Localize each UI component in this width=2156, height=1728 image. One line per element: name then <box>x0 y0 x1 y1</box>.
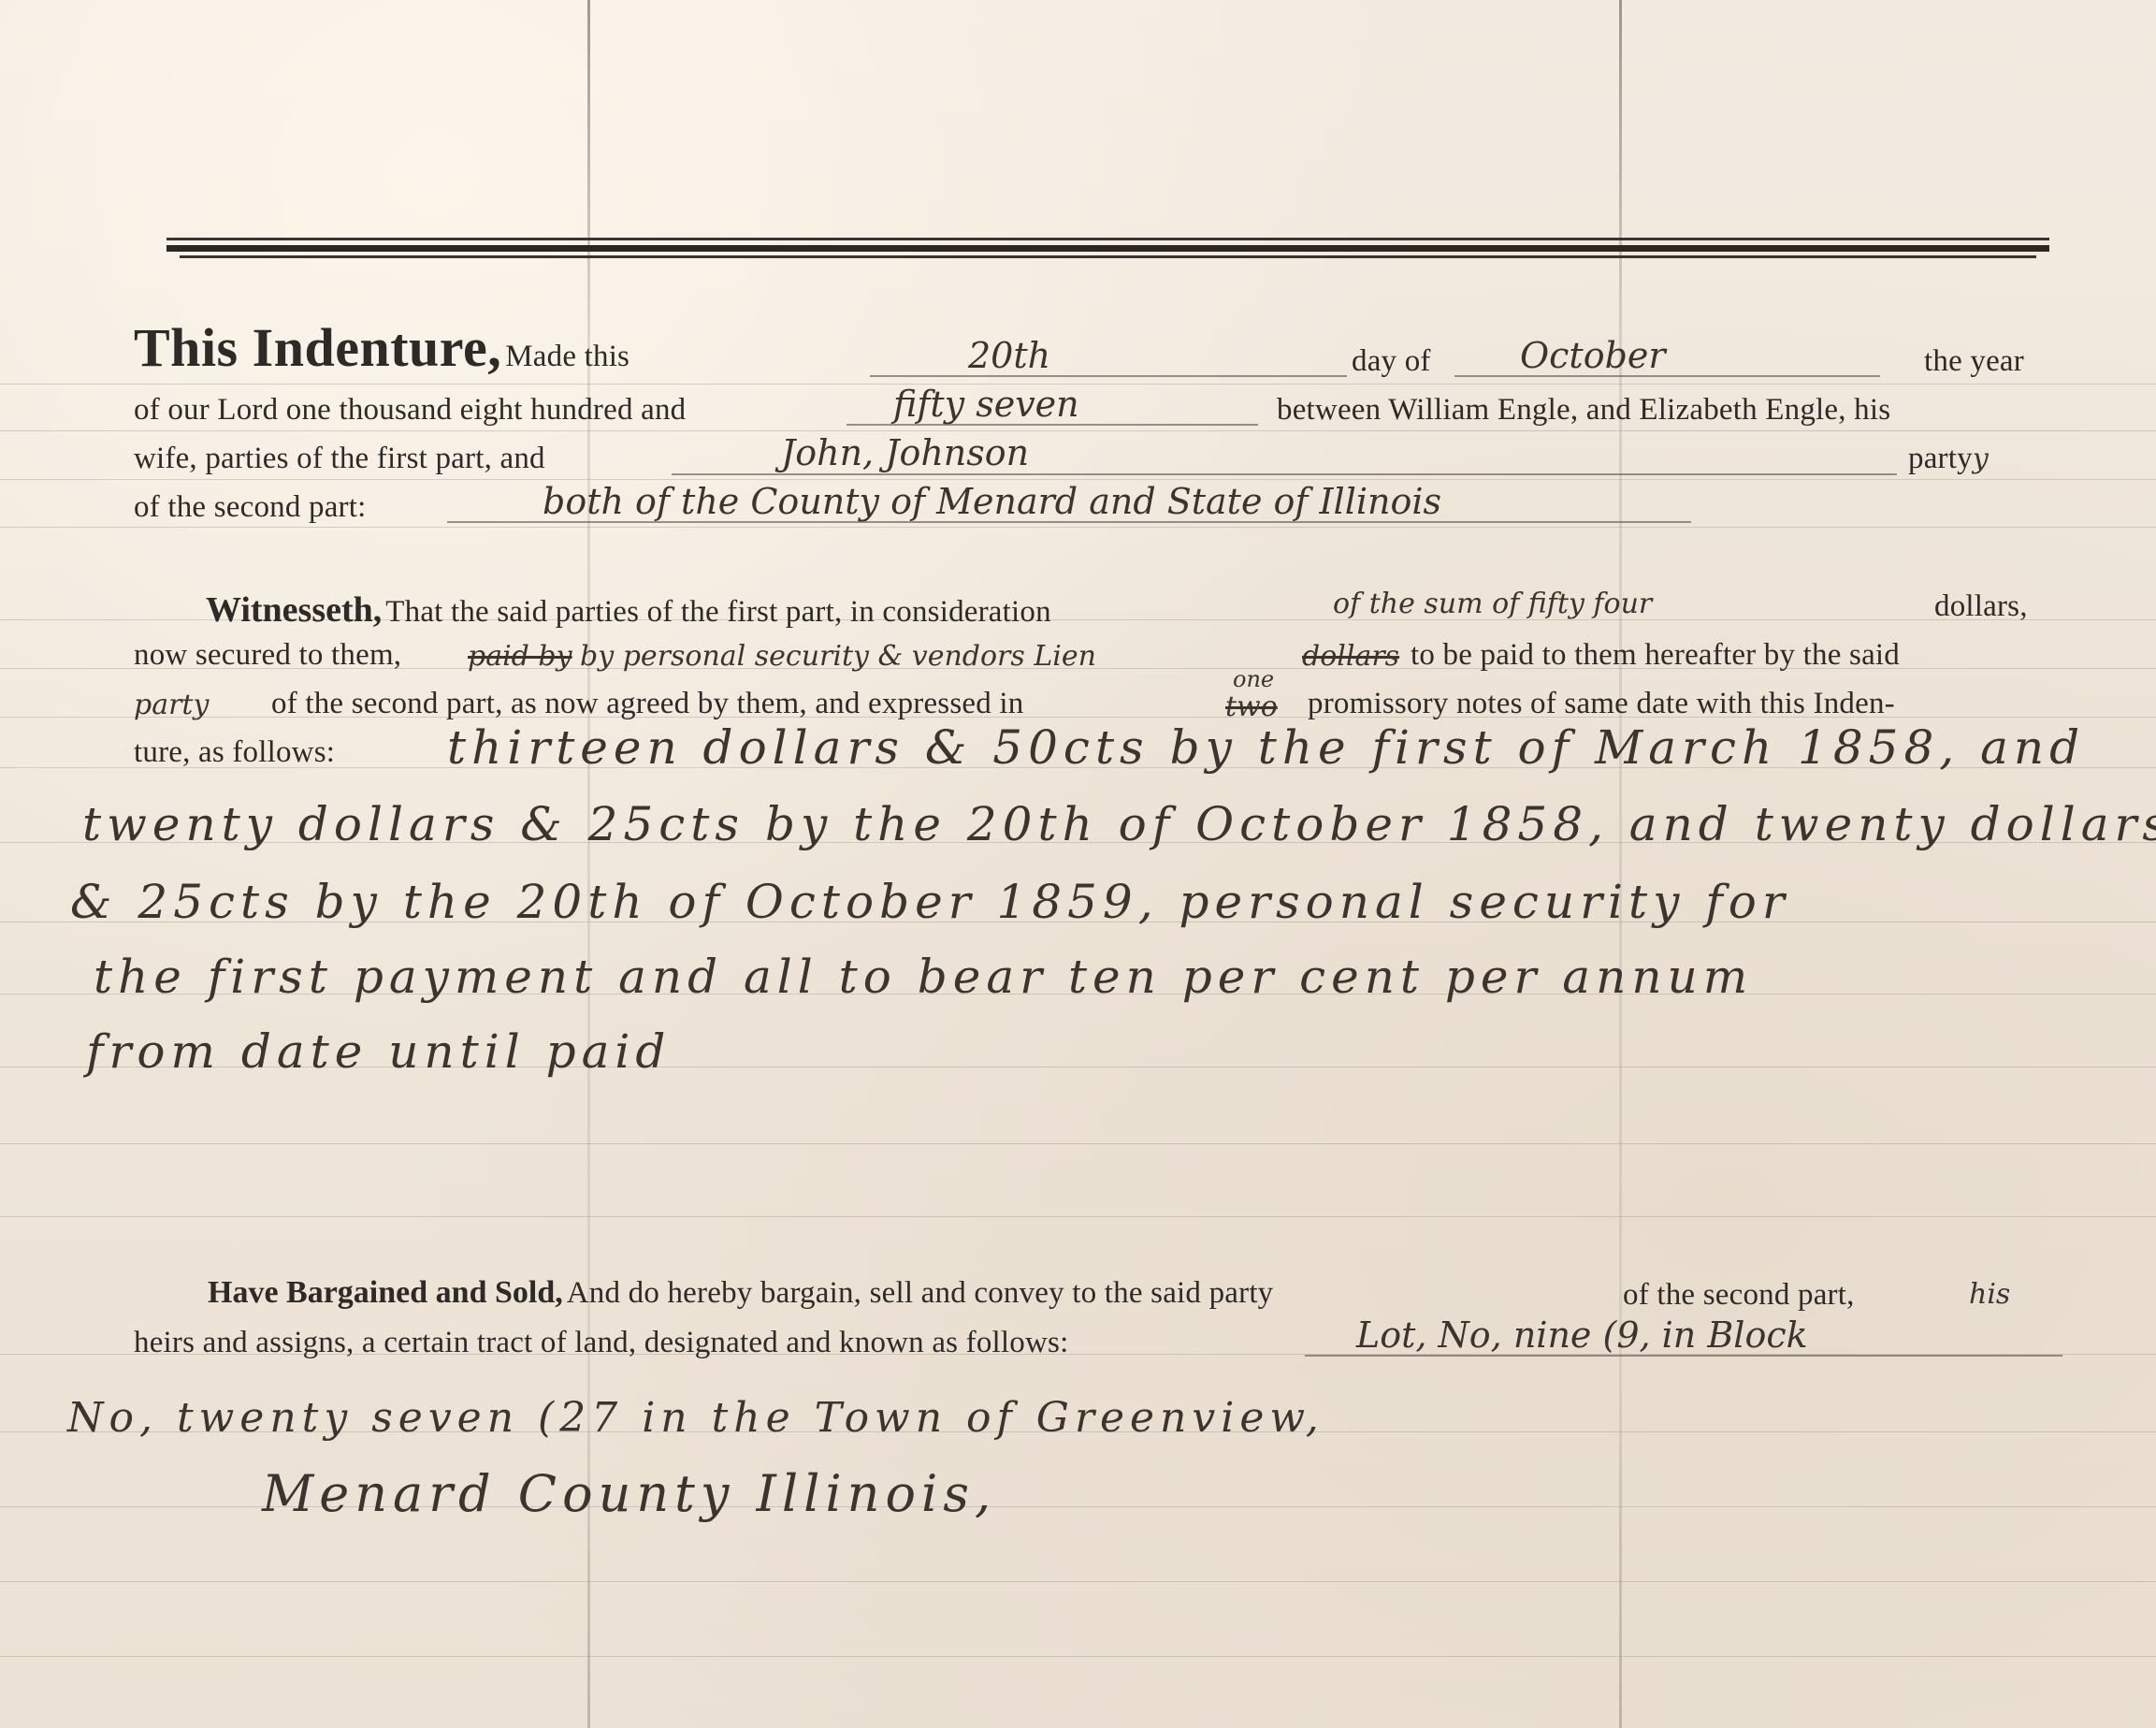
year-value: fifty seven <box>893 384 1079 425</box>
bargained-line-1: Have Bargained and Sold, And do hereby b… <box>208 1275 1273 1311</box>
dollars-label: dollars, <box>1934 589 2028 624</box>
indenture-title: This Indenture, <box>134 317 501 378</box>
terms-line-2: twenty dollars & 25cts by the 20th of Oc… <box>82 797 2156 851</box>
party-label: partyy <box>1908 442 1989 476</box>
terms-line-1: thirteen dollars & 50cts by the first of… <box>447 720 2085 775</box>
struck-text-dollars: dollars <box>1302 640 1399 673</box>
month-blank <box>1454 374 1880 377</box>
made-this-label: Made this <box>505 340 629 373</box>
day-blank <box>870 374 1347 377</box>
ruled-line <box>0 527 2156 528</box>
second-part-label: of the second part: <box>134 490 366 525</box>
day-value: 20th <box>968 335 1050 376</box>
witnesseth-line-1: Witnesseth, That the said parties of the… <box>206 589 1051 631</box>
consideration-value: of the sum of fifty four <box>1333 588 1652 620</box>
one-insert: one <box>1233 666 1274 692</box>
witnesseth-line-2-suffix: to be paid to them hereafter by the said <box>1411 638 1900 673</box>
witnesseth-title: Witnesseth, <box>206 590 382 630</box>
indenture-line-1: This Indenture, Made this <box>134 316 629 379</box>
bargained-line-2: heirs and assigns, a certain tract of la… <box>134 1326 1068 1360</box>
ruled-line <box>0 430 2156 431</box>
the-year-label: the year <box>1924 344 2024 379</box>
bargained-title: Have Bargained and Sold, <box>208 1275 563 1310</box>
ruled-line <box>0 1656 2156 1657</box>
witnesseth-line-4: ture, as follows: <box>134 735 335 770</box>
day-of-label: day of <box>1352 344 1431 379</box>
wife-parties-label: wife, parties of the first part, and <box>134 442 545 476</box>
decorative-header-rule <box>166 238 2049 260</box>
witnesseth-line-2: now secured to them, <box>134 638 401 673</box>
terms-line-4: the first payment and all to bear ten pe… <box>94 950 1753 1004</box>
his-value: his <box>1969 1278 2010 1311</box>
document-sheet: This Indenture, Made this 20th day of Oc… <box>0 0 2156 1728</box>
witnesseth-line-3b: promissory notes of same date with this … <box>1308 687 1895 721</box>
party-hand: party <box>134 689 209 721</box>
struck-text-paid: paid by <box>468 640 572 673</box>
county-line: Menard County Illinois, <box>262 1464 996 1523</box>
parties-between: between William Engle, and Elizabeth Eng… <box>1277 393 1890 428</box>
terms-line-3: & 25cts by the 20th of October 1859, per… <box>70 875 1790 929</box>
ruled-line <box>0 1216 2156 1217</box>
ruled-line <box>0 1581 2156 1582</box>
ruled-line <box>0 479 2156 480</box>
struck-text-two: two <box>1225 690 1278 723</box>
year-prefix: of our Lord one thousand eight hundred a… <box>134 393 686 428</box>
bargained-line-1b: of the second part, <box>1623 1278 1855 1313</box>
month-value: October <box>1520 335 1666 376</box>
security-value: by personal security & vendors Lien <box>580 640 1096 673</box>
block-line: No, twenty seven (27 in the Town of Gree… <box>67 1394 1324 1442</box>
lot-value: Lot, No, nine (9, in Block <box>1356 1314 1808 1356</box>
residence-value: both of the County of Menard and State o… <box>543 481 1441 522</box>
ruled-line <box>0 1143 2156 1144</box>
second-party-value: John, Johnson <box>781 432 1029 473</box>
witnesseth-line-3a: of the second part, as now agreed by the… <box>271 687 1023 721</box>
terms-line-5: from date until paid <box>86 1024 671 1079</box>
